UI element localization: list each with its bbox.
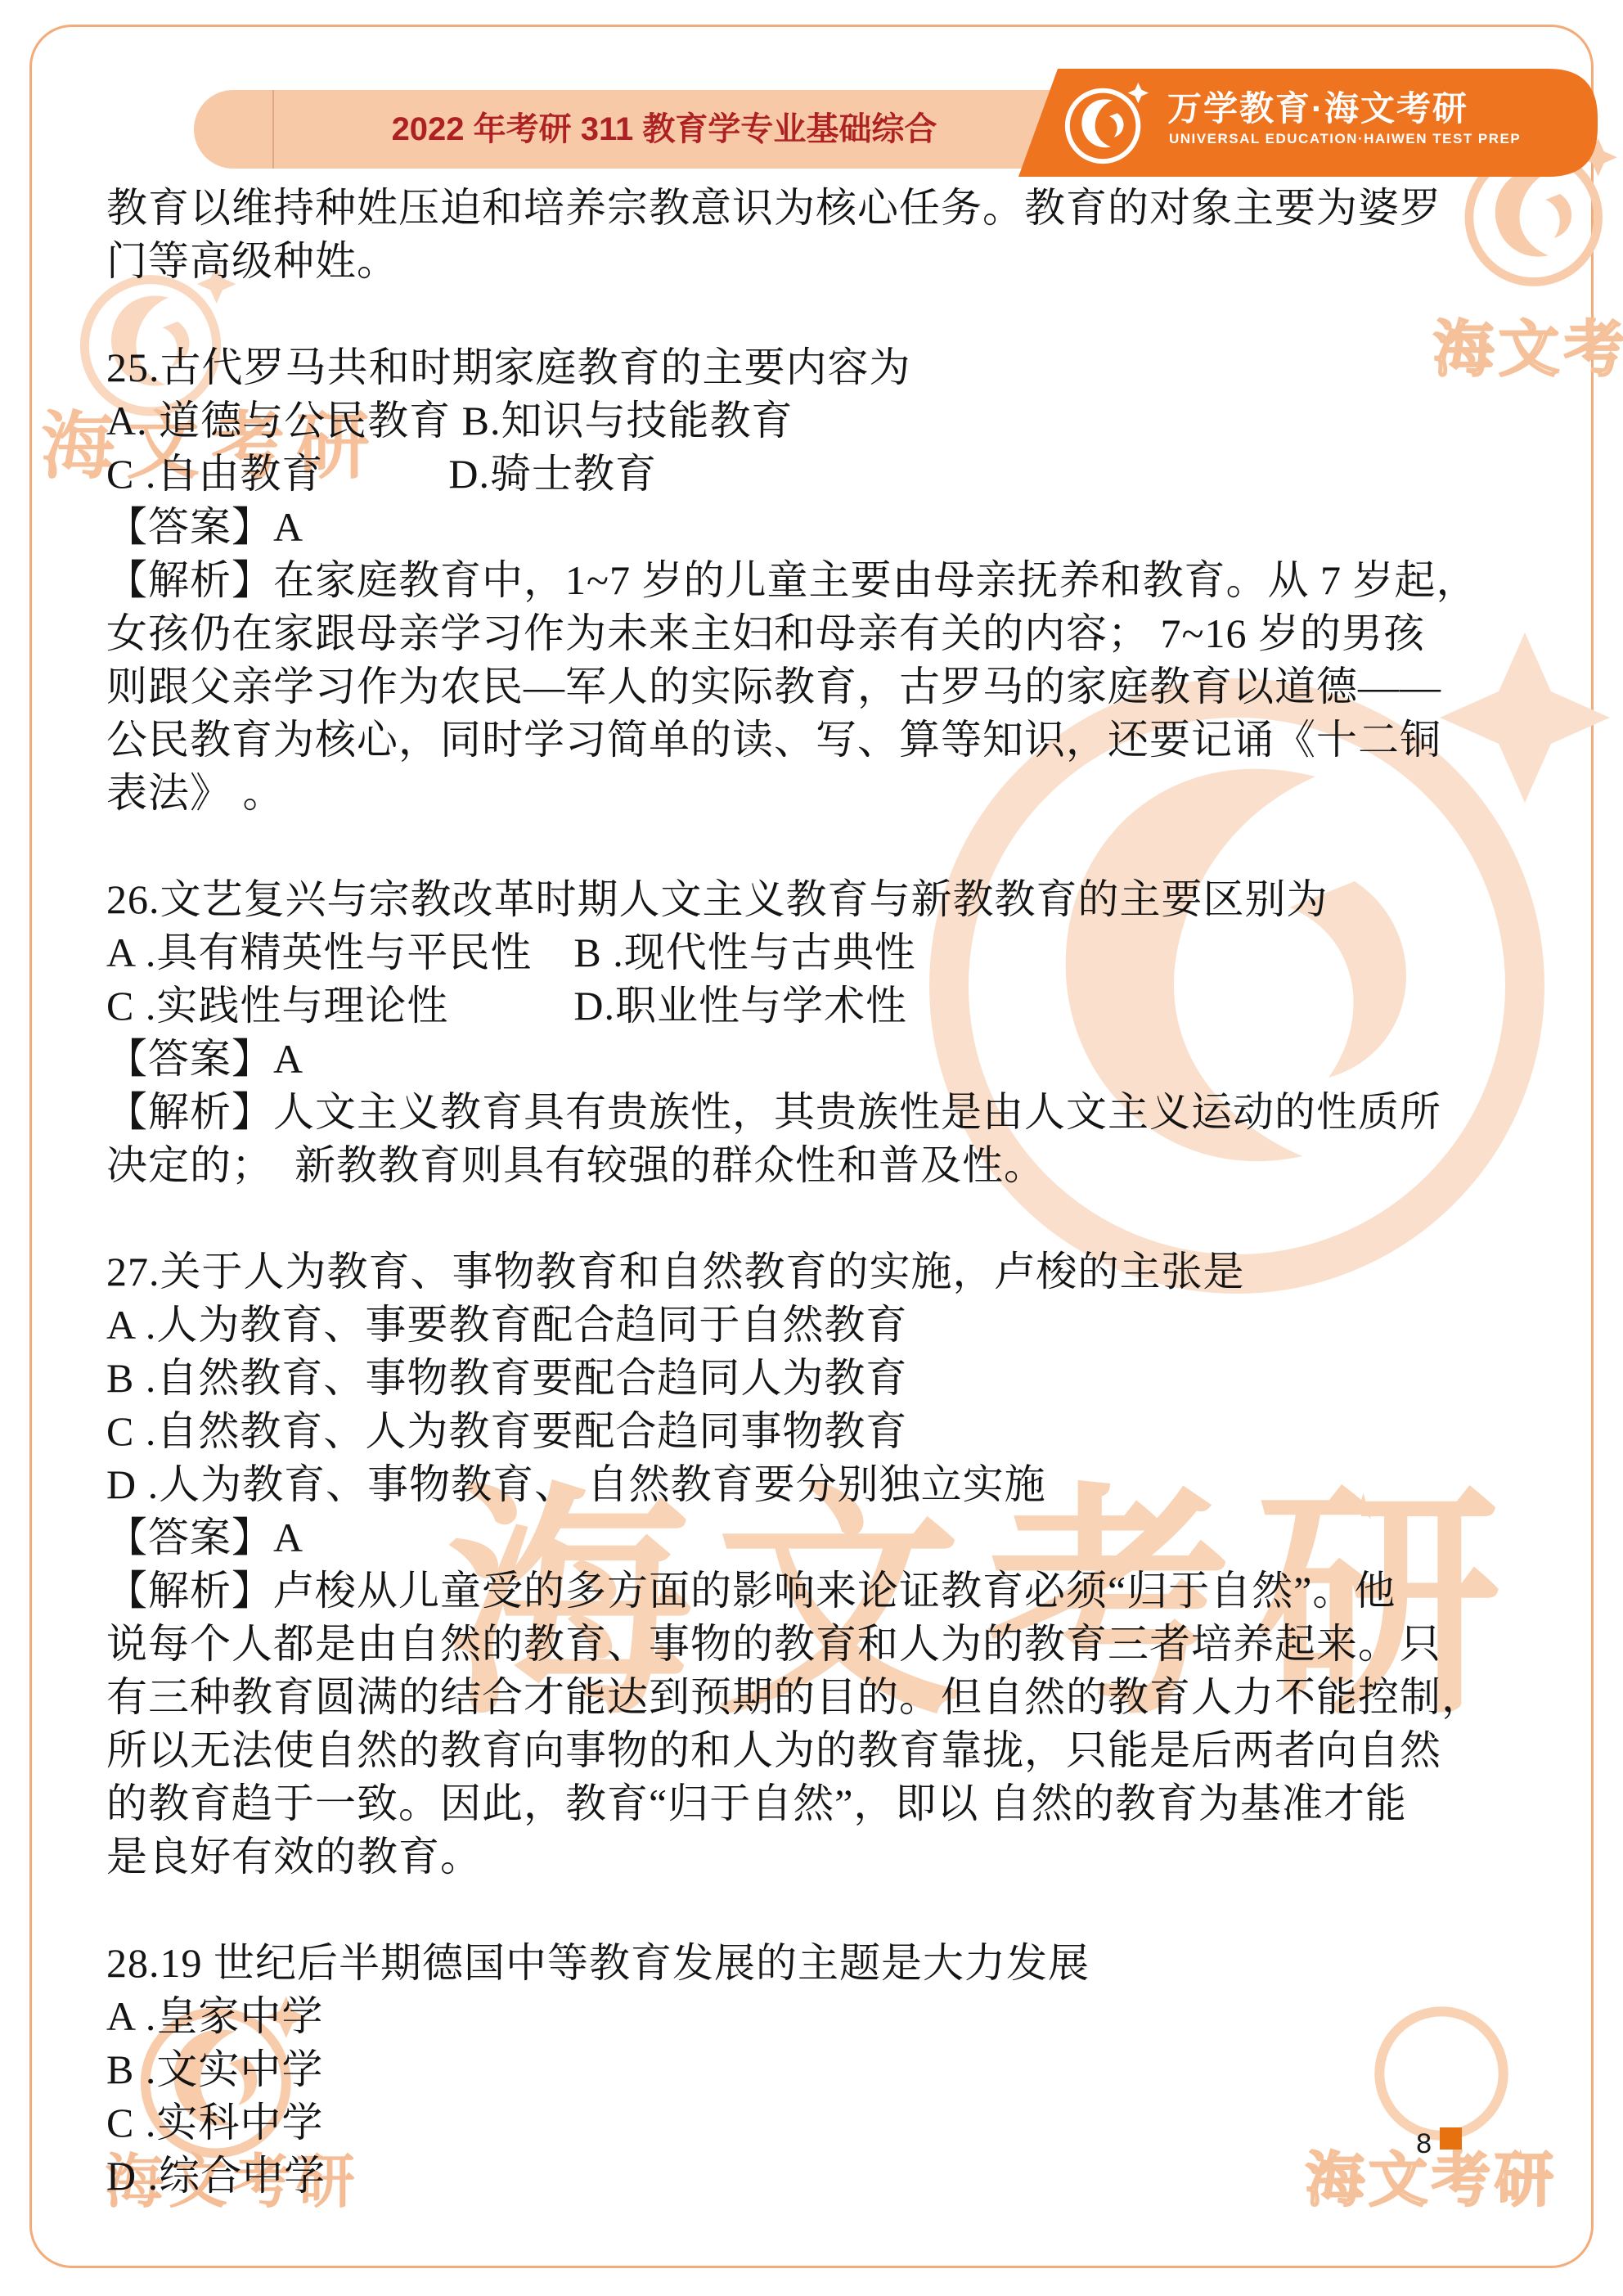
- text-line: 【解析】卢梭从儿童受的多方面的影响来论证教育必须“归于自然”。他: [106, 1564, 1517, 1618]
- text-line: 则跟父亲学习作为农民—军人的实际教育，古罗马的家庭教育以道德——: [106, 660, 1517, 714]
- text-line: 教育以维持种姓压迫和培养宗教意识为核心任务。教育的对象主要为婆罗: [106, 182, 1517, 235]
- text-line: 门等高级种姓。: [106, 235, 1517, 288]
- text-line: 28.19 世纪后半期德国中等教育发展的主题是大力发展: [106, 1937, 1517, 1990]
- text-line: A .皇家中学: [106, 1990, 1517, 2043]
- text-line: 决定的； 新教教育则具有较强的群众性和普及性。: [106, 1139, 1517, 1192]
- text-line: 女孩仍在家跟母亲学习作为未来主妇和母亲有关的内容； 7~16 岁的男孩: [106, 607, 1517, 660]
- text-line: 【答案】A: [106, 501, 1517, 554]
- document-page: 海文考研 海文考研 海文考研 海文考研 海文考研 2022 年考研 311 教育…: [0, 0, 1623, 2296]
- text-block: 26.文艺复兴与宗教改革时期人文主义教育与新教教育的主要区别为A .具有精英性与…: [106, 873, 1517, 1192]
- text-line: B .自然教育、事物教育要配合趋同人为教育: [106, 1352, 1517, 1405]
- haiwen-logo-icon: [1059, 75, 1156, 170]
- text-block: 25.古代罗马共和时期家庭教育的主要内容为A. 道德与公民教育 B.知识与技能教…: [106, 341, 1517, 820]
- text-column: 教育以维持种姓压迫和培养宗教意识为核心任务。教育的对象主要为婆罗门等高级种姓。2…: [106, 182, 1517, 2203]
- brand-name-cn: 万学教育·海文考研: [1167, 82, 1468, 131]
- text-block: 教育以维持种姓压迫和培养宗教意识为核心任务。教育的对象主要为婆罗门等高级种姓。: [106, 182, 1517, 288]
- header-bar: 2022 年考研 311 教育学专业基础综合: [194, 90, 1055, 169]
- text-line: 说每个人都是由自然的教育、事物的教育和人为的教育三者培养起来。只: [106, 1618, 1517, 1671]
- text-line: 【答案】A: [106, 1511, 1517, 1564]
- text-line: A .具有精英性与平民性 B .现代性与古典性: [106, 926, 1517, 979]
- page-number-square-icon: [1440, 2127, 1462, 2150]
- text-line: C .实科中学: [106, 2096, 1517, 2150]
- text-line: 公民教育为核心，同时学习简单的读、写、算等知识，还要记诵《十二铜: [106, 714, 1517, 767]
- brand-name-en: UNIVERSAL EDUCATION·HAIWEN TEST PREP: [1169, 131, 1521, 147]
- text-line: C .自由教育 D.骑士教育: [106, 448, 1517, 501]
- text-line: B .文实中学: [106, 2043, 1517, 2096]
- text-line: 表法》 。: [106, 767, 1517, 820]
- text-line: C .实践性与理论性 D.职业性与学术性: [106, 979, 1517, 1033]
- text-line: 26.文艺复兴与宗教改革时期人文主义教育与新教教育的主要区别为: [106, 873, 1517, 926]
- header-seam-divider: [272, 90, 274, 169]
- text-line: 25.古代罗马共和时期家庭教育的主要内容为: [106, 341, 1517, 394]
- text-line: 【解析】在家庭教育中，1~7 岁的儿童主要由母亲抚养和教育。从 7 岁起，: [106, 554, 1517, 607]
- text-line: C .自然教育、人为教育要配合趋同事物教育: [106, 1405, 1517, 1458]
- text-line: D .综合中学: [106, 2150, 1517, 2203]
- brand-logo-block: 万学教育·海文考研 UNIVERSAL EDUCATION·HAIWEN TES…: [1018, 69, 1598, 177]
- text-line: 【答案】A: [106, 1033, 1517, 1086]
- text-line: 的教育趋于一致。因此，教育“归于自然”，即以 自然的教育为基准才能: [106, 1777, 1517, 1830]
- text-block: 28.19 世纪后半期德国中等教育发展的主题是大力发展A .皇家中学B .文实中…: [106, 1937, 1517, 2203]
- text-block: 27.关于人为教育、事物教育和自然教育的实施，卢梭的主张是A .人为教育、事要教…: [106, 1245, 1517, 1884]
- text-line: A .人为教育、事要教育配合趋同于自然教育: [106, 1299, 1517, 1352]
- text-line: 是良好有效的教育。: [106, 1830, 1517, 1884]
- text-line: 27.关于人为教育、事物教育和自然教育的实施，卢梭的主张是: [106, 1245, 1517, 1299]
- page-number: 8: [1382, 2127, 1432, 2160]
- text-line: D .人为教育、事物教育、 自然教育要分别独立实施: [106, 1458, 1517, 1511]
- text-line: A. 道德与公民教育 B.知识与技能教育: [106, 394, 1517, 448]
- text-line: 所以无法使自然的教育向事物的和人为的教育靠拢，只能是后两者向自然: [106, 1724, 1517, 1777]
- text-line: 【解析】人文主义教育具有贵族性，其贵族性是由人文主义运动的性质所: [106, 1086, 1517, 1139]
- text-line: 有三种教育圆满的结合才能达到预期的目的。但自然的教育人力不能控制，: [106, 1671, 1517, 1724]
- page-title: 2022 年考研 311 教育学专业基础综合: [284, 90, 1045, 169]
